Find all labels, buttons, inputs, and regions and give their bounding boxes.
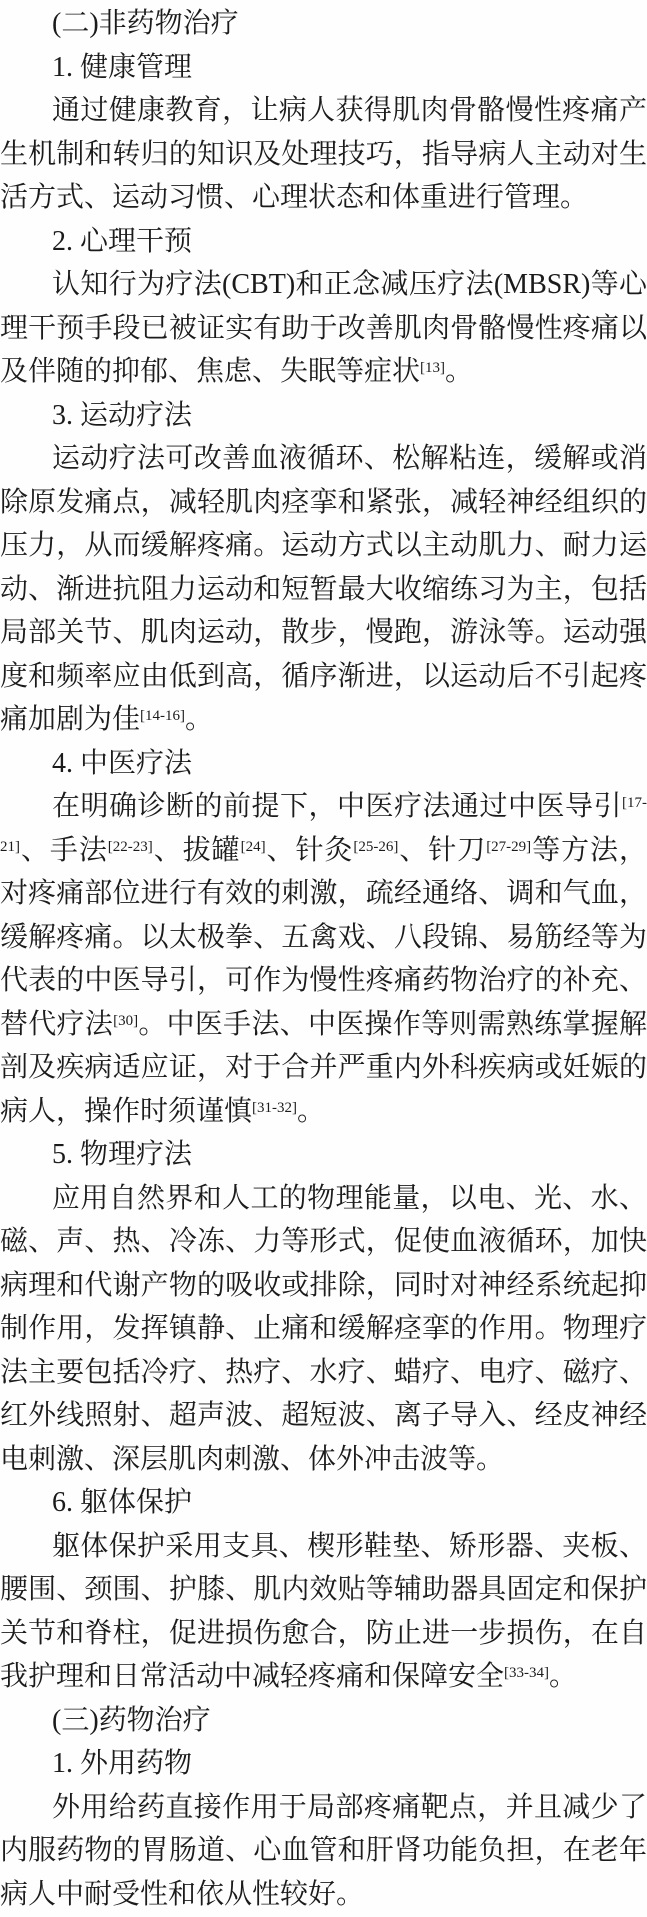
section-heading: 2. 心理干预 (0, 220, 647, 264)
section-heading: 1. 健康管理 (0, 46, 647, 90)
document-body: (二)非药物治疗1. 健康管理通过健康教育，让病人获得肌肉骨骼慢性疼痛产生机制和… (0, 2, 647, 1916)
paragraph: 躯体保护采用支具、楔形鞋垫、矫形器、夹板、腰围、颈围、护膝、肌内效贴等辅助器具固… (0, 1525, 647, 1699)
paragraph: 认知行为疗法(CBT)和正念减压疗法(MBSR)等心理干预手段已被证实有助于改善… (0, 263, 647, 394)
document-page: (二)非药物治疗1. 健康管理通过健康教育，让病人获得肌肉骨骼慢性疼痛产生机制和… (0, 0, 647, 1917)
citation-ref: [27-29] (486, 838, 531, 854)
citation-ref: [31-32] (252, 1099, 297, 1115)
citation-ref: [30] (113, 1012, 138, 1028)
paragraph: 通过健康教育，让病人获得肌肉骨骼慢性疼痛产生机制和转归的知识及处理技巧，指导病人… (0, 89, 647, 220)
citation-ref: [24] (241, 838, 266, 854)
section-heading: 6. 躯体保护 (0, 1481, 647, 1525)
section-heading: 5. 物理疗法 (0, 1133, 647, 1177)
citation-ref: [13] (420, 360, 445, 376)
citation-ref: [17-21] (0, 795, 647, 855)
section-heading: (三)药物治疗 (0, 1699, 647, 1743)
paragraph: 在明确诊断的前提下，中医疗法通过中医导引[17-21]、手法[22-23]、拔罐… (0, 785, 647, 1133)
section-heading: 4. 中医疗法 (0, 742, 647, 786)
citation-ref: [14-16] (140, 708, 185, 724)
section-heading: 1. 外用药物 (0, 1742, 647, 1786)
paragraph: 外用给药直接作用于局部疼痛靶点，并且减少了内服药物的胃肠道、心血管和肝肾功能负担… (0, 1786, 647, 1917)
paragraph: 运动疗法可改善血液循环、松解粘连，缓解或消除原发痛点，减轻肌肉痉挛和紧张，减轻神… (0, 437, 647, 742)
section-heading: 3. 运动疗法 (0, 394, 647, 438)
citation-ref: [33-34] (504, 1665, 549, 1681)
paragraph: 应用自然界和人工的物理能量，以电、光、水、磁、声、热、冷冻、力等形式，促使血液循… (0, 1177, 647, 1482)
section-heading: (二)非药物治疗 (0, 2, 647, 46)
citation-ref: [22-23] (108, 838, 153, 854)
citation-ref: [25-26] (353, 838, 398, 854)
